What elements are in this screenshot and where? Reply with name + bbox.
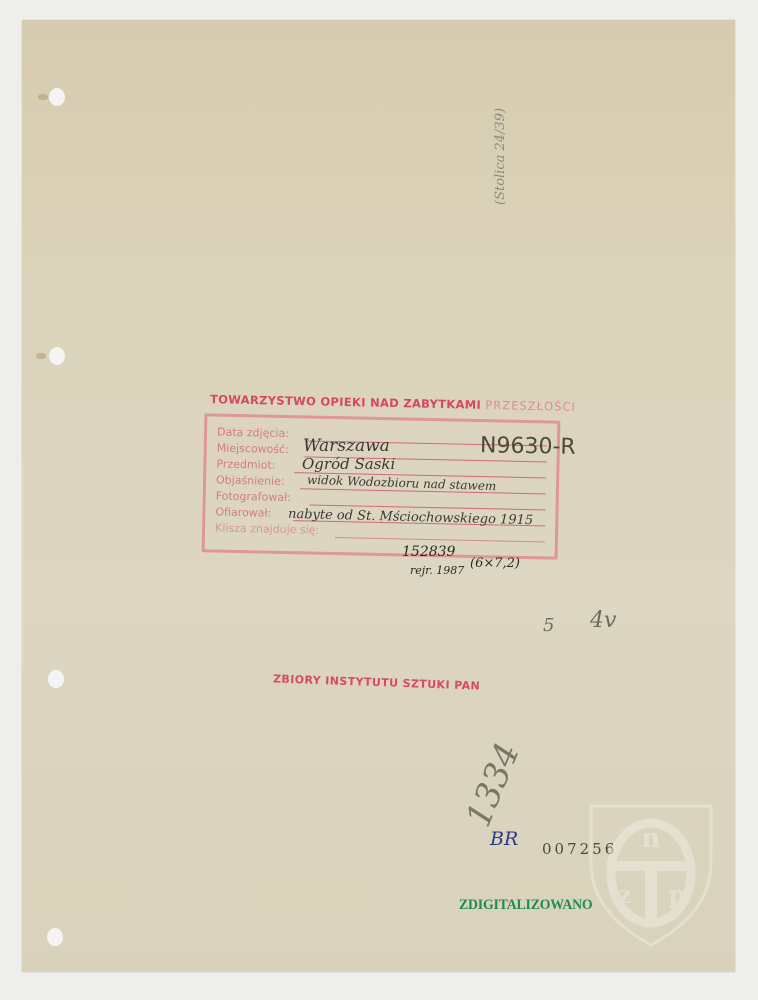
form-label: Klisza znajduje się: [215,522,319,537]
paper-stain [36,353,46,359]
form-label: Ofiarował: [215,506,271,520]
svg-text:p: p [669,880,686,909]
pencil-mark: 5 [543,615,554,636]
paper-stain [38,94,48,100]
punch-hole [49,88,65,106]
reference-number: N9630-R [480,433,576,460]
punch-hole [47,928,63,946]
form-label: Objaśnienie: [216,474,285,488]
handwritten-place: Warszawa [303,436,390,456]
inventory-number: 152839 [402,544,455,560]
form-label: Przedmiot: [216,458,275,472]
inventory-size: (6×7,2) [470,556,520,571]
stamp-title-faint: PRZESZŁOŚCI [485,398,576,414]
svg-text:z: z [618,880,632,909]
svg-text:n: n [642,824,661,854]
punch-hole [48,670,64,688]
form-label: Miejscowość: [217,442,289,457]
br-mark: BR [490,828,518,850]
form-label: Fotografował: [216,490,291,505]
punch-hole [49,347,65,365]
pencil-side-note: (Stolica 24/39) [493,108,508,205]
digitized-label: ZDIGITALIZOWANO [459,897,592,914]
handwritten-subject: Ogród Saski [302,455,395,473]
inventory-year: rejr. 1987 [410,564,464,577]
form-label: Data zdjęcia: [217,426,289,441]
shield-logo-icon: n z p [587,803,715,948]
pencil-mark: 4v [590,608,616,633]
